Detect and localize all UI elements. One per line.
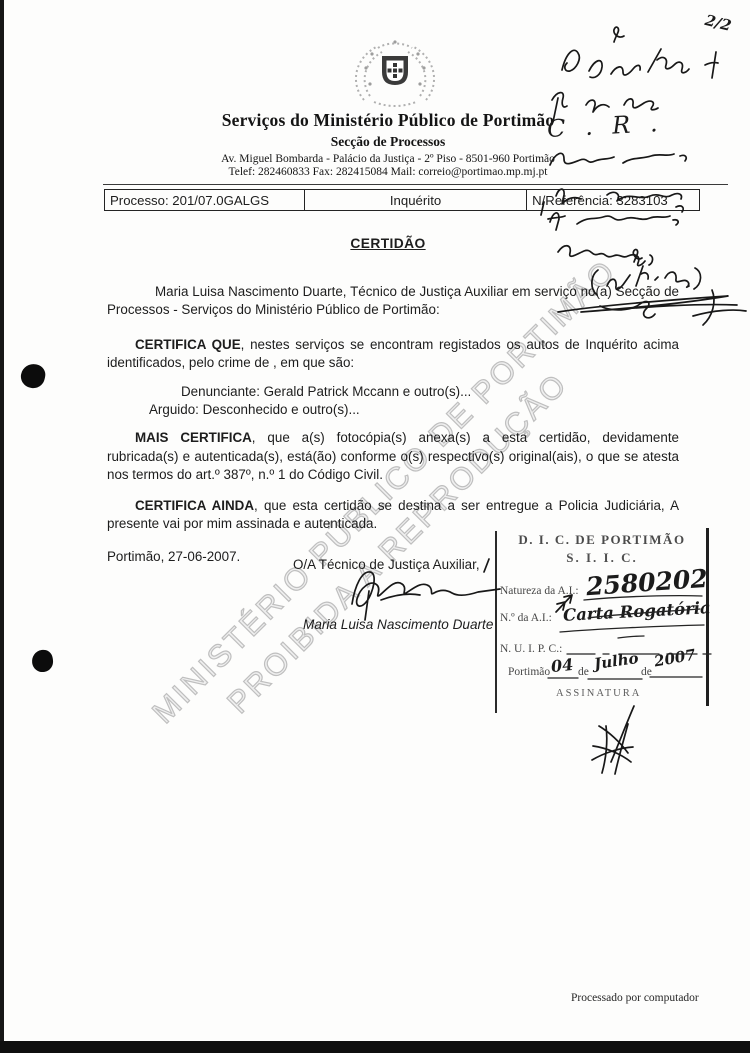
stamp-title: D. I. C. DE PORTIMÃO	[500, 532, 704, 548]
handwritten-tick-icon	[614, 27, 624, 42]
scan-edge-bottom	[0, 1041, 750, 1053]
handwritten-page-fraction: 2/2	[703, 11, 733, 35]
scanned-certificate-page: MINISTÉRIO PÚBLICO DE PORTIMÃO PROIBIDA …	[0, 0, 750, 1053]
document-title: CERTIDÃO	[30, 236, 746, 251]
handwritten-numero-value: Carta Rogatória	[563, 598, 712, 625]
case-number-cell: Processo: 201/07.0GALGS	[105, 190, 305, 211]
case-type-cell: Inquérito	[305, 190, 527, 211]
stamp-de2-label: de	[641, 666, 652, 678]
handwritten-annotation	[705, 52, 718, 78]
hole-punch-bottom	[31, 649, 55, 674]
handwritten-annotation	[562, 49, 689, 78]
handwritten-tick-icon	[633, 249, 642, 262]
handwritten-annotation	[548, 213, 678, 230]
handwritten-natureza-value: 2580202	[585, 564, 708, 601]
stamp-natureza-label: Natureza da A.I.:	[500, 585, 579, 597]
hole-punch-top	[19, 362, 47, 390]
org-address: Av. Miguel Bombarda - Palácio da Justiça…	[30, 153, 746, 165]
stamp-numero-underline	[560, 625, 704, 632]
handwritten-month: Julho	[593, 649, 640, 673]
stamp-place-label: Portimão	[508, 666, 550, 678]
coat-of-arms-icon	[330, 38, 460, 112]
handwritten-year: 2007	[653, 646, 697, 671]
signature-role-line: O/A Técnico de Justiça Auxiliar,	[293, 557, 480, 572]
case-reference-table: Processo: 201/07.0GALGS Inquérito N/Refe…	[104, 189, 700, 211]
stamp-numero-label: N.º da A.I.:	[500, 612, 552, 624]
intro-paragraph: Maria Luisa Nascimento Duarte, Técnico d…	[107, 283, 679, 320]
handwritten-annotation	[703, 290, 714, 325]
signatory-name: Maria Luisa Nascimento Duarte	[303, 617, 493, 632]
document-body: Maria Luisa Nascimento Duarte, Técnico d…	[107, 283, 679, 567]
stamp-subtitle: S. I. I. C.	[500, 550, 704, 566]
stamp-de1-label: de	[578, 666, 589, 678]
stamp-nuipc-label: N. U. I. P. C.:	[500, 643, 562, 655]
handwritten-day: 04	[550, 655, 574, 676]
short-dash	[618, 636, 644, 638]
denunciante-line: Denunciante: Gerald Patrick Mccann e out…	[107, 383, 679, 401]
mais-certifica-lead: MAIS CERTIFICA	[135, 430, 252, 445]
horizontal-rule	[103, 184, 728, 185]
mais-certifica-paragraph: MAIS CERTIFICA, que a(s) fotocópia(s) an…	[107, 429, 679, 484]
table-row: Processo: 201/07.0GALGS Inquérito N/Refe…	[105, 190, 700, 211]
certifica-ainda-paragraph: CERTIFICA AINDA, que esta certidão se de…	[107, 497, 679, 534]
certifica-que-paragraph: CERTIFICA QUE, nestes serviços se encont…	[107, 336, 679, 373]
certifica-que-lead: CERTIFICA QUE	[135, 337, 241, 352]
org-contact: Telef: 282460833 Fax: 282415084 Mail: co…	[30, 166, 746, 178]
footer-note: Processado por computador	[571, 992, 699, 1004]
arguido-line: Arguido: Desconhecido e outro(s)...	[107, 401, 679, 419]
scan-edge-left	[0, 0, 4, 1053]
case-reference-cell: N/Referência: 3283103	[527, 190, 700, 211]
certifica-ainda-lead: CERTIFICA AINDA	[135, 498, 254, 513]
stamp-signature-scribble	[592, 706, 634, 774]
stamp-assinatura-label: ASSINATURA	[556, 688, 641, 699]
